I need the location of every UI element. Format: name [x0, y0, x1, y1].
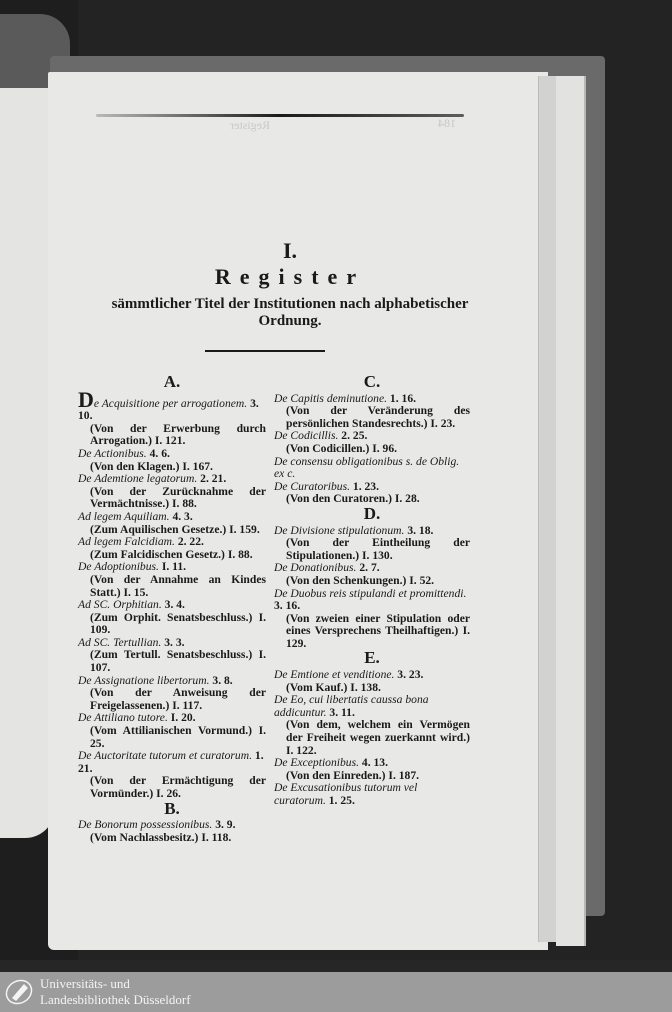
index-entry: De Auctoritate tutorum et curatorum. 1. …: [78, 750, 266, 800]
latin-title-text: e Acquisitione per arrogationem.: [94, 397, 247, 410]
latin-title: De Ademtione legatorum. 2. 21.: [78, 473, 266, 486]
german-translation: (Vom Nachlassbesitz.) I. 118.: [78, 832, 266, 845]
title-reference: 4. 6.: [147, 447, 170, 460]
latin-title: De consensu obligationibus s. de Oblig. …: [274, 456, 470, 481]
title-reference: I. 20.: [168, 711, 196, 724]
latin-title-text: De consensu obligationibus s. de Oblig. …: [274, 455, 459, 481]
latin-title: De Eo, cui libertatis caussa bona addicu…: [274, 694, 470, 719]
title-reference: 1. 16.: [387, 392, 416, 405]
drop-cap: D: [78, 387, 94, 412]
index-entry: De Ademtione legatorum. 2. 21.(Von der Z…: [78, 473, 266, 511]
latin-title-text: Ad SC. Tertullian.: [78, 636, 161, 649]
latin-title-text: Ad legem Falcidiam.: [78, 535, 175, 548]
index-entry: De Emtione et venditione. 3. 23.(Vom Kau…: [274, 669, 470, 694]
title-reference: 3. 23.: [394, 668, 423, 681]
latin-title-text: De Adoptionibus.: [78, 560, 159, 573]
title-reference: 4. 13.: [359, 756, 388, 769]
title-reference: 3. 8.: [210, 674, 233, 687]
latin-title-text: De Emtione et venditione.: [274, 668, 394, 681]
index-entry: De Exceptionibus. 4. 13.(Von den Einrede…: [274, 757, 470, 782]
german-translation: (Von der Anweisung der Freigelassenen.) …: [78, 687, 266, 712]
german-translation: (Zum Tertull. Senatsbeschluss.) I. 107.: [78, 649, 266, 674]
latin-title-text: De Exceptionibus.: [274, 756, 359, 769]
index-entry: Ad legem Aquiliam. 4. 3.(Zum Aquilischen…: [78, 511, 266, 536]
latin-title: De Auctoritate tutorum et curatorum. 1. …: [78, 750, 266, 775]
facing-page-edge: [0, 88, 55, 838]
german-translation: (Von der Annahme an Kindes Statt.) I. 15…: [78, 574, 266, 599]
german-translation: (Von der Eintheilung der Stipulationen.)…: [274, 537, 470, 562]
index-entry: De Curatoribus. 1. 23.(Von den Curatoren…: [274, 481, 470, 506]
index-entry: De Attiliano tutore. I. 20.(Vom Attilian…: [78, 712, 266, 750]
index-entry: Ad legem Falcidiam. 2. 22.(Zum Falcidisc…: [78, 536, 266, 561]
latin-title-text: De Bonorum possessionibus.: [78, 818, 212, 831]
index-letter-heading: E.: [274, 652, 470, 665]
german-translation: (Zum Orphit. Senatsbeschluss.) I. 109.: [78, 612, 266, 637]
index-entry: De Actionibus. 4. 6.(Von den Klagen.) I.…: [78, 448, 266, 473]
page-subtitle: sämmtlicher Titel der Institutionen nach…: [80, 296, 500, 330]
german-translation: (Von dem, welchem ein Vermögen der Freih…: [274, 719, 470, 757]
latin-title-text: De Duobus reis stipulandi et promittendi…: [274, 587, 466, 600]
page-stack-edge-outer: [556, 76, 586, 946]
library-logo-icon: [4, 978, 34, 1006]
index-entry: De Capitis deminutione. 1. 16.(Von der V…: [274, 393, 470, 431]
index-entry: De Divisione stipulationum. 3. 18.(Von d…: [274, 525, 470, 563]
subtitle-line-1: sämmtlicher Titel der Institutionen nach…: [80, 296, 500, 313]
index-letter-heading: D.: [274, 508, 470, 521]
title-reference: 2. 21.: [197, 472, 226, 485]
title-reference: 1. 25.: [326, 794, 355, 807]
index-letter-heading: C.: [274, 376, 470, 389]
title-reference: 3. 11.: [327, 706, 355, 719]
index-entry: De Acquisitione per arrogationem. 3. 10.…: [78, 393, 266, 448]
index-entry: Ad SC. Orphitian. 3. 4.(Zum Orphit. Sena…: [78, 599, 266, 637]
bleed-through-header: Register: [230, 118, 270, 133]
title-reference: 3. 9.: [212, 818, 235, 831]
title-reference: 3. 3.: [161, 636, 184, 649]
german-translation: (Von der Veränderung des persönlichen St…: [274, 405, 470, 430]
index-entry: De Eo, cui libertatis caussa bona addicu…: [274, 694, 470, 757]
latin-title: Ad legem Aquiliam. 4. 3.: [78, 511, 266, 524]
latin-title-text: Ad legem Aquiliam.: [78, 510, 170, 523]
latin-title-text: De Codicillis.: [274, 429, 338, 442]
index-entry: De Duobus reis stipulandi et promittendi…: [274, 588, 470, 651]
index-entry: De Adoptionibus. I. 11.(Von der Annahme …: [78, 561, 266, 599]
title-reference: 4. 3.: [170, 510, 193, 523]
bleed-through-page-number: 184: [438, 116, 456, 131]
latin-title: De Acquisitione per arrogationem. 3. 10.: [78, 393, 266, 423]
latin-title: De Exceptionibus. 4. 13.: [274, 757, 470, 770]
index-entry: Ad SC. Tertullian. 3. 3.(Zum Tertull. Se…: [78, 637, 266, 675]
latin-title-text: De Divisione stipulationum.: [274, 524, 404, 537]
index-letter-heading: B.: [78, 803, 266, 816]
latin-title: De Bonorum possessionibus. 3. 9.: [78, 819, 266, 832]
index-letter-heading: A.: [78, 376, 266, 389]
title-reference: 2. 22.: [175, 535, 204, 548]
latin-title: De Emtione et venditione. 3. 23.: [274, 669, 470, 682]
latin-title-text: De Curatoribus.: [274, 480, 350, 493]
german-translation: (Von zweien einer Stipulation oder eines…: [274, 613, 470, 651]
page-stack-edge: [538, 76, 558, 942]
latin-title-text: De Auctoritate tutorum et curatorum.: [78, 749, 252, 762]
index-column-right: C.De Capitis deminutione. 1. 16.(Von der…: [274, 374, 470, 808]
latin-title: De Duobus reis stipulandi et promittendi…: [274, 588, 470, 613]
index-entry: De Assignatione libertorum. 3. 8.(Von de…: [78, 675, 266, 713]
german-translation: (Von der Zurücknahme der Vermächtnisse.)…: [78, 486, 266, 511]
title-reference: 3. 16.: [274, 599, 300, 612]
latin-title: De Actionibus. 4. 6.: [78, 448, 266, 461]
latin-title-text: De Attiliano tutore.: [78, 711, 168, 724]
library-name: Universitäts- und Landesbibliothek Düsse…: [40, 976, 191, 1008]
header-rule: [96, 114, 464, 117]
latin-title-text: De Ademtione legatorum.: [78, 472, 197, 485]
section-number: I.: [80, 238, 500, 264]
library-name-line-2: Landesbibliothek Düsseldorf: [40, 992, 191, 1008]
german-translation: (Von der Ermächtigung der Vormünder.) I.…: [78, 775, 266, 800]
german-translation: (Vom Attilianischen Vormund.) I. 25.: [78, 725, 266, 750]
latin-title-text: De Actionibus.: [78, 447, 147, 460]
library-name-line-1: Universitäts- und: [40, 976, 191, 992]
title-reference: 2. 7.: [356, 561, 379, 574]
index-column-left: A.De Acquisitione per arrogationem. 3. 1…: [78, 374, 266, 844]
latin-title: Ad legem Falcidiam. 2. 22.: [78, 536, 266, 549]
index-entry: De consensu obligationibus s. de Oblig. …: [274, 456, 470, 481]
index-entry: De Bonorum possessionibus. 3. 9.(Vom Nac…: [78, 819, 266, 844]
latin-title-text: De Capitis deminutione.: [274, 392, 387, 405]
latin-title: Ad SC. Orphitian. 3. 4.: [78, 599, 266, 612]
latin-title: De Excusationibus tutorum vel curatorum.…: [274, 782, 470, 807]
title-reference: 3. 18.: [404, 524, 433, 537]
index-entry: De Donationibus. 2. 7.(Von den Schenkung…: [274, 562, 470, 587]
index-entry: De Codicillis. 2. 25.(Von Codicillen.) I…: [274, 430, 470, 455]
library-footer: Universitäts- und Landesbibliothek Düsse…: [0, 972, 672, 1012]
latin-title-text: De Donationibus.: [274, 561, 356, 574]
subtitle-line-2: Ordnung.: [80, 313, 500, 330]
german-translation: (Von der Erwerbung durch Arrogation.) I.…: [78, 423, 266, 448]
title-reference: 2. 25.: [338, 429, 367, 442]
latin-title-text: Ad SC. Orphitian.: [78, 598, 162, 611]
title-reference: 1. 23.: [350, 480, 379, 493]
title-reference: I. 11.: [159, 560, 186, 573]
index-entry: De Excusationibus tutorum vel curatorum.…: [274, 782, 470, 807]
title-reference: 3. 4.: [162, 598, 185, 611]
title-divider: [205, 350, 325, 352]
page-title: Register: [80, 264, 500, 290]
latin-title-text: De Assignatione libertorum.: [78, 674, 210, 687]
